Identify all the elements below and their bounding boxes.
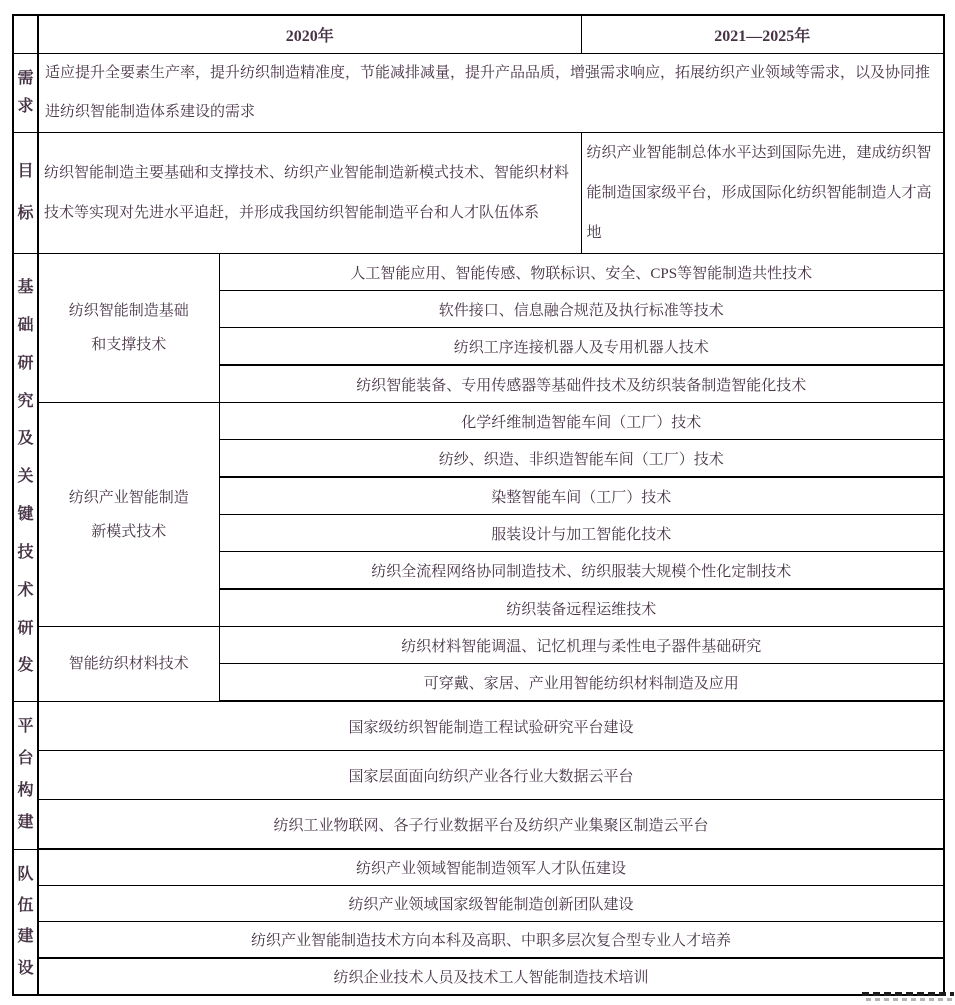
header-2021-2025: 2021—2025年 <box>581 15 944 54</box>
row-label-team: 队伍建设 <box>13 849 38 995</box>
research-item: 纺纱、织造、非织造智能车间（工厂）技术 <box>219 440 944 478</box>
clipped-watermark-shadow <box>866 998 954 1001</box>
team-row: 队伍建设 纺织产业领域智能制造领军人才队伍建设 <box>13 849 944 886</box>
group-name-basic-support: 纺织智能制造基础和支撑技术 <box>38 254 219 403</box>
goal-label: 目标 <box>15 137 36 249</box>
research-item: 软件接口、信息融合规范及执行标准等技术 <box>219 291 944 328</box>
row-label-research: 基础研究及关键技术研发 <box>13 254 38 702</box>
team-item: 纺织产业领域国家级智能制造创新团队建设 <box>38 886 944 922</box>
research-item: 纺织材料智能调温、记忆机理与柔性电子器件基础研究 <box>219 627 944 664</box>
row-label-platform: 平台构建 <box>13 701 38 849</box>
platform-row: 纺织工业物联网、各子行业数据平台及纺织产业集聚区制造云平台 <box>13 800 944 850</box>
research-item: 可穿戴、家居、产业用智能纺织材料制造及应用 <box>219 664 944 702</box>
team-row: 纺织产业智能制造技术方向本科及高职、中职多层次复合型专业人才培养 <box>13 922 944 959</box>
research-item: 化学纤维制造智能车间（工厂）技术 <box>219 403 944 440</box>
research-item: 服装设计与加工智能化技术 <box>219 515 944 552</box>
research-item: 人工智能应用、智能传感、物联标识、安全、CPS等智能制造共性技术 <box>219 254 944 291</box>
team-item: 纺织企业技术人员及技术工人智能制造技术培训 <box>38 958 944 995</box>
research-row: 基础研究及关键技术研发 纺织智能制造基础和支撑技术 人工智能应用、智能传感、物联… <box>13 254 944 291</box>
page: 2020年 2021—2025年 需求 适应提升全要素生产率，提升纺织制造精准度… <box>0 0 955 1005</box>
team-row: 纺织企业技术人员及技术工人智能制造技术培训 <box>13 958 944 995</box>
goal-row: 目标 纺织智能制造主要基础和支撑技术、纺织产业智能制造新模式技术、智能织材料技术… <box>13 133 944 254</box>
team-row: 纺织产业领域国家级智能制造创新团队建设 <box>13 886 944 922</box>
research-item: 纺织工序连接机器人及专用机器人技术 <box>219 328 944 366</box>
platform-item: 纺织工业物联网、各子行业数据平台及纺织产业集聚区制造云平台 <box>38 800 944 850</box>
platform-item: 国家层面面向纺织产业各行业大数据云平台 <box>38 751 944 800</box>
demand-text: 适应提升全要素生产率，提升纺织制造精准度，节能减排减量，提升产品品质，增强需求响… <box>38 54 944 133</box>
header-blank-cell <box>13 15 38 54</box>
row-label-demand: 需求 <box>13 54 38 133</box>
research-label: 基础研究及关键技术研发 <box>15 258 36 696</box>
clipped-watermark <box>862 992 954 996</box>
research-item: 纺织智能装备、专用传感器等基础件技术及纺织装备制造智能化技术 <box>219 365 944 403</box>
platform-row: 平台构建 国家级纺织智能制造工程试验研究平台建设 <box>13 701 944 751</box>
goal-2021-text: 纺织产业智能制总体水平达到国际先进，建成纺织智能制造国家级平台，形成国际化纺织智… <box>581 133 944 254</box>
platform-row: 国家层面面向纺织产业各行业大数据云平台 <box>13 751 944 800</box>
team-item: 纺织产业智能制造技术方向本科及高职、中职多层次复合型专业人才培养 <box>38 922 944 959</box>
team-item: 纺织产业领域智能制造领军人才队伍建设 <box>38 849 944 886</box>
demand-label: 需求 <box>15 58 36 128</box>
platform-label: 平台构建 <box>15 703 36 847</box>
research-row: 纺织产业智能制造新模式技术 化学纤维制造智能车间（工厂）技术 <box>13 403 944 440</box>
platform-item: 国家级纺织智能制造工程试验研究平台建设 <box>38 701 944 751</box>
team-label: 队伍建设 <box>15 852 36 992</box>
research-item: 染整智能车间（工厂）技术 <box>219 477 944 515</box>
goal-2020-text: 纺织智能制造主要基础和支撑技术、纺织产业智能制造新模式技术、智能织材料技术等实现… <box>38 133 581 254</box>
row-label-goal: 目标 <box>13 133 38 254</box>
header-2020: 2020年 <box>38 15 581 54</box>
research-item: 纺织全流程网络协同制造技术、纺织服装大规模个性化定制技术 <box>219 552 944 590</box>
research-item: 纺织装备远程运维技术 <box>219 589 944 627</box>
group-name-new-mode: 纺织产业智能制造新模式技术 <box>38 403 219 627</box>
research-row: 智能纺织材料技术 纺织材料智能调温、记忆机理与柔性电子器件基础研究 <box>13 627 944 664</box>
header-row: 2020年 2021—2025年 <box>13 15 944 54</box>
group-name-smart-materials: 智能纺织材料技术 <box>38 627 219 702</box>
demand-row: 需求 适应提升全要素生产率，提升纺织制造精准度，节能减排减量，提升产品品质，增强… <box>13 54 944 133</box>
plan-table: 2020年 2021—2025年 需求 适应提升全要素生产率，提升纺织制造精准度… <box>12 14 945 996</box>
